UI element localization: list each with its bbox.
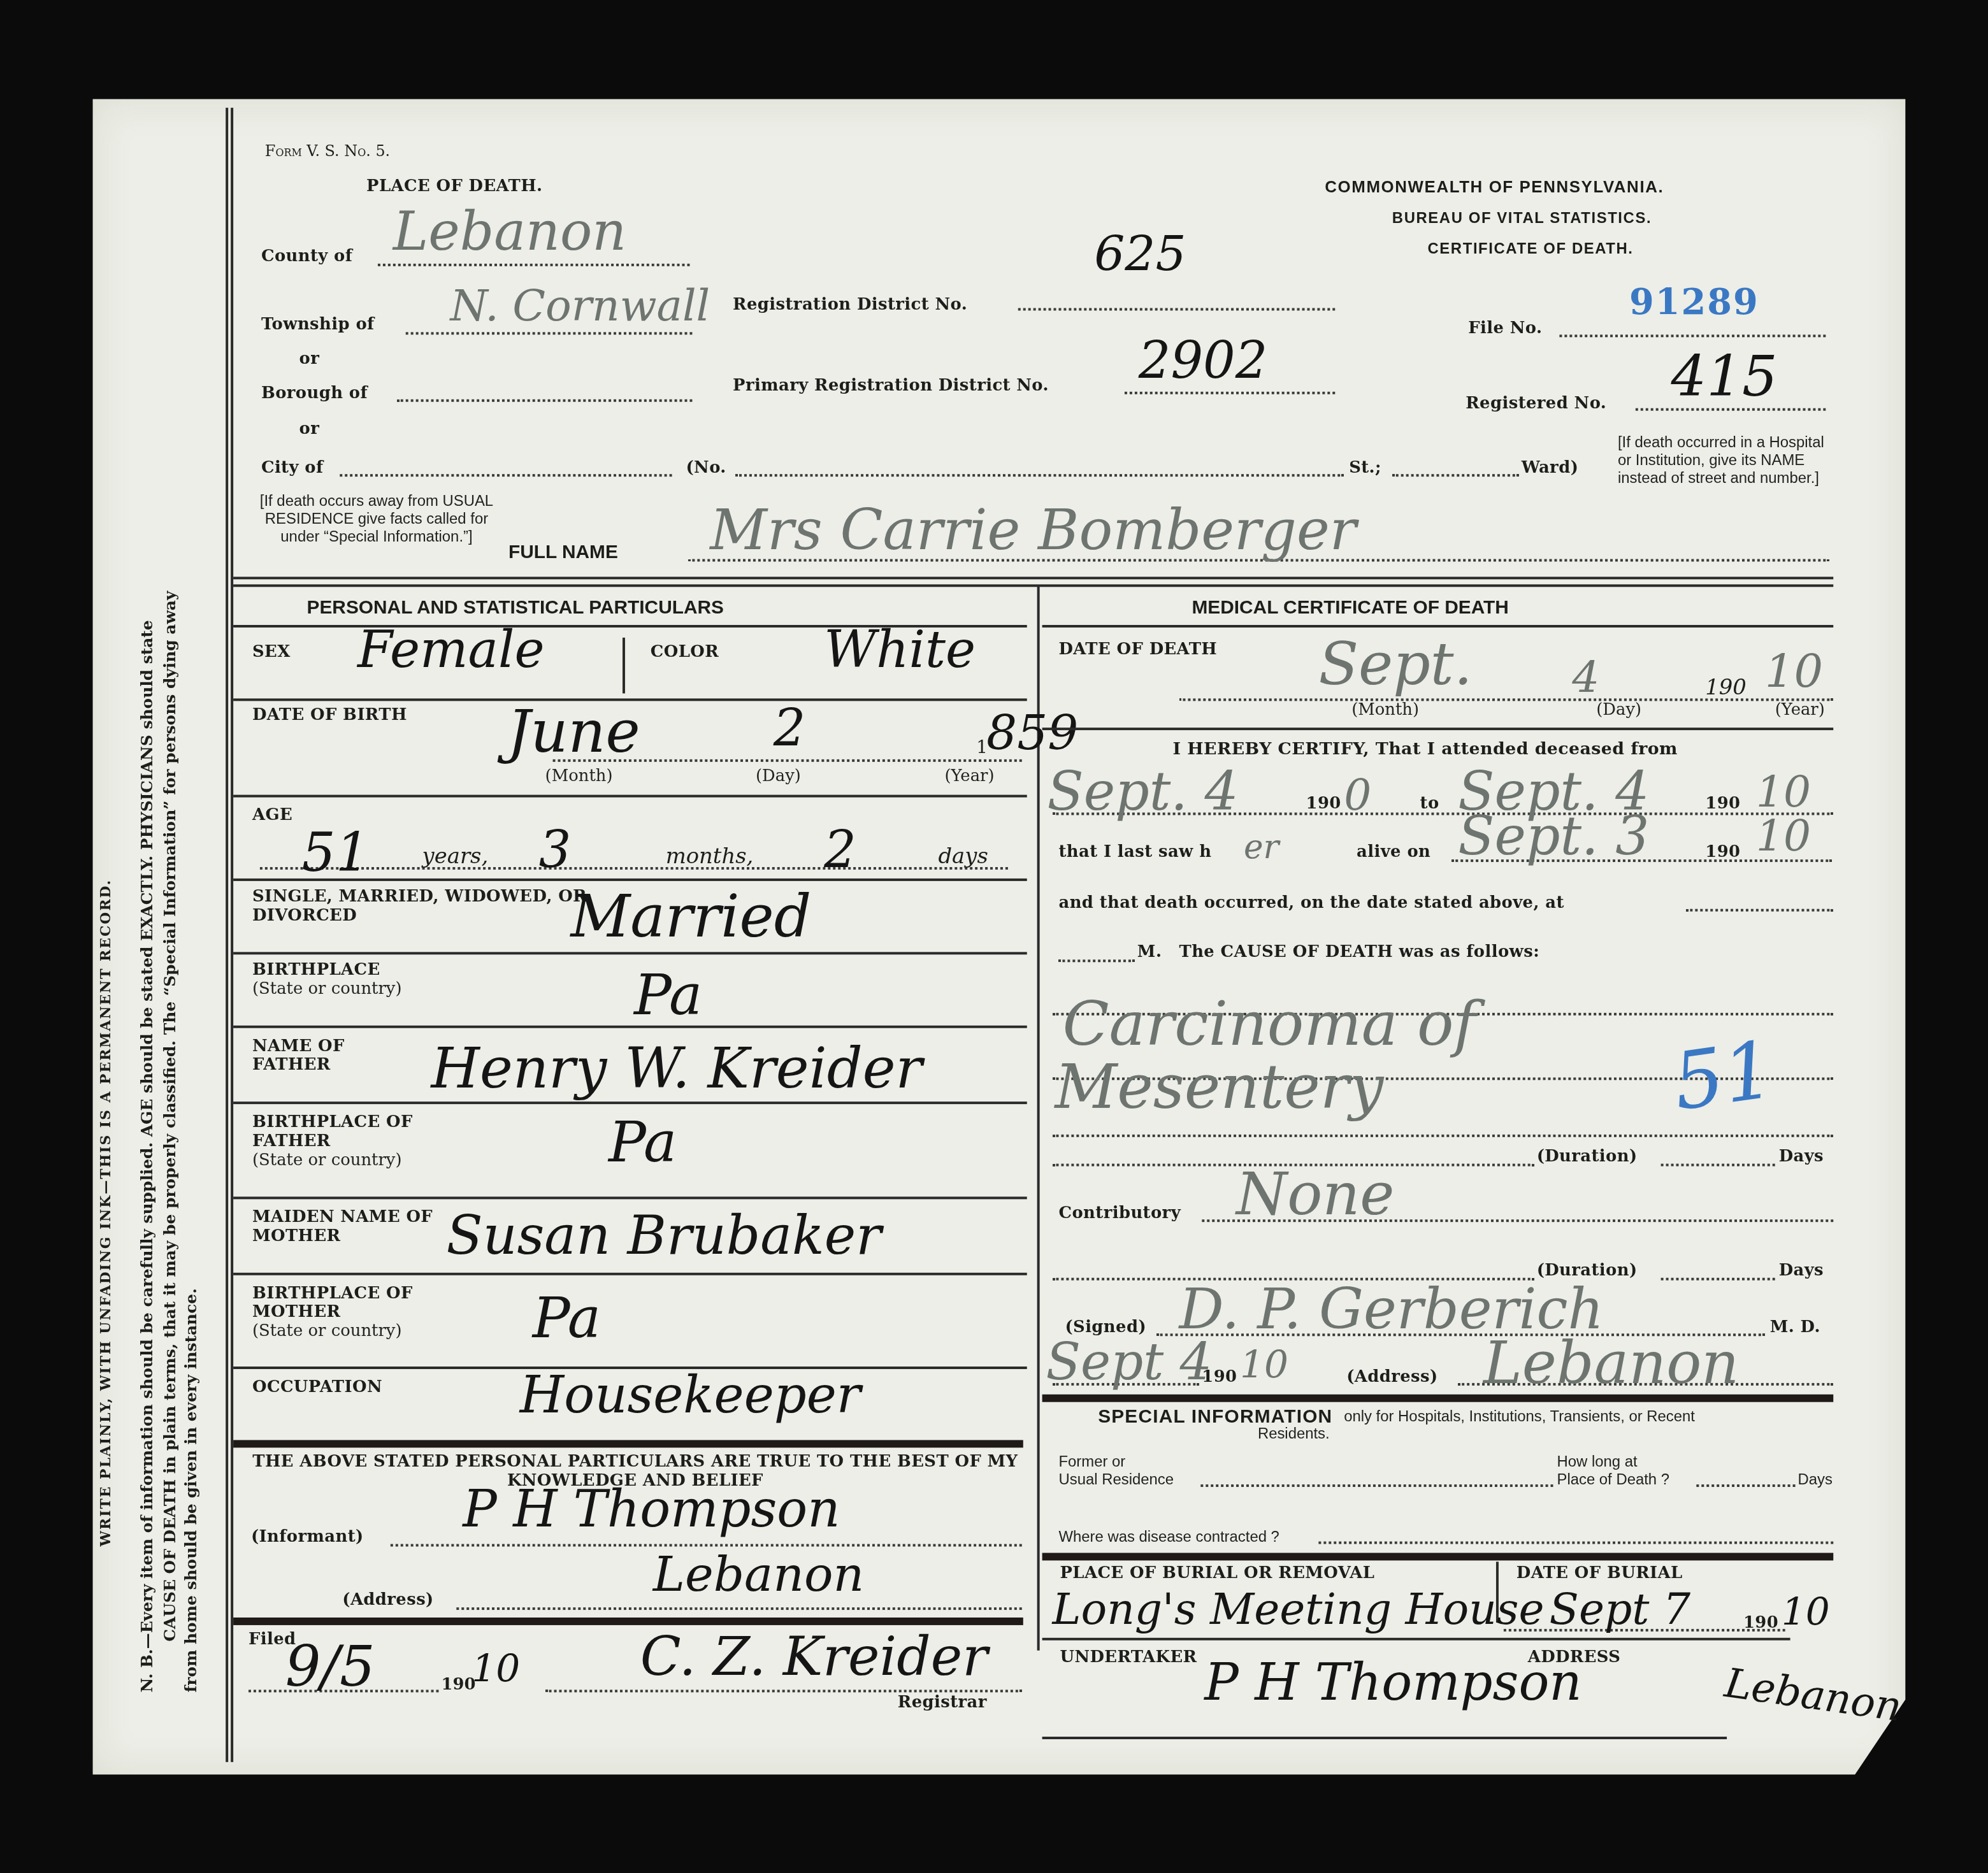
burial-place-label: PLACE OF BURIAL OR REMOVAL: [1060, 1564, 1374, 1583]
file-no-label: File No.: [1468, 319, 1542, 338]
dod-month-caption: (Month): [1351, 701, 1419, 720]
contrib-days-label: Days: [1779, 1261, 1824, 1281]
margin-note-line2: CAUSE OF DEATH in plain terms, that it m…: [160, 591, 179, 1693]
dob-year-field[interactable]: 859: [986, 705, 1078, 761]
how-long-label-2: Place of Death ?: [1557, 1470, 1669, 1488]
row-rule: [233, 1273, 1027, 1275]
dod-month-field[interactable]: Sept.: [1318, 630, 1472, 698]
township-label: Township of: [261, 315, 375, 334]
former-residence-label-1: Former or: [1058, 1453, 1125, 1470]
row-rule: [233, 952, 1027, 954]
dob-label: DATE OF BIRTH: [252, 706, 407, 725]
burial-year-field[interactable]: 10: [1782, 1591, 1830, 1635]
county-label: County of: [261, 247, 352, 266]
st-label: St.;: [1349, 459, 1381, 478]
registrar-signature[interactable]: C. Z. Kreider: [640, 1625, 988, 1688]
where-contracted-field[interactable]: [1318, 1542, 1833, 1544]
row-rule: [233, 1102, 1027, 1103]
thick-rule: [233, 1440, 1023, 1447]
section-rule: [233, 577, 1833, 578]
or-label: or: [299, 420, 320, 439]
age-label: AGE: [252, 807, 292, 826]
year-caption: (Year): [944, 767, 994, 786]
registrar-line: [545, 1690, 1022, 1692]
ward-label: Ward): [1522, 459, 1579, 478]
attended-to-year[interactable]: 10: [1756, 767, 1811, 818]
place-of-death-title: PLACE OF DEATH.: [366, 178, 542, 197]
burial-year-prefix: 190: [1743, 1614, 1778, 1633]
color-field[interactable]: White: [824, 621, 976, 680]
undertaker-field[interactable]: P H Thompson: [1204, 1654, 1581, 1713]
away-note: [If death occurs away from USUAL RESIDEN…: [259, 492, 494, 545]
burial-date-field[interactable]: Sept 7: [1550, 1584, 1690, 1635]
father-birthplace-field[interactable]: Pa: [609, 1110, 677, 1175]
day-caption: (Day): [756, 767, 801, 786]
years-word: years,: [422, 844, 489, 870]
registered-no-value[interactable]: 415: [1671, 345, 1778, 409]
document-stage: WRITE PLAINLY, WITH UNFADING INK—THIS IS…: [0, 0, 1988, 1873]
borough-field[interactable]: [397, 399, 693, 402]
color-label: COLOR: [651, 643, 719, 662]
contributory-label: Contributory: [1058, 1204, 1181, 1223]
sex-color-divider: [623, 638, 624, 694]
dod-day-caption: (Day): [1596, 701, 1641, 720]
borough-label: Borough of: [261, 384, 368, 403]
filed-year-field[interactable]: 10: [472, 1648, 520, 1693]
occurred-text: and that death occurred, on the date sta…: [1058, 894, 1564, 913]
dob-day-field[interactable]: 2: [774, 700, 806, 758]
personal-section-title: PERSONAL AND STATISTICAL PARTICULARS: [307, 597, 724, 619]
mother-name-field[interactable]: Susan Brubaker: [446, 1204, 881, 1267]
informant-address-field[interactable]: Lebanon: [653, 1547, 864, 1603]
margin-note-line1: N. B.—Every item of information should b…: [137, 620, 156, 1692]
undertaker-label: UNDERTAKER: [1060, 1648, 1197, 1667]
row-rule: [1042, 1638, 1790, 1640]
row-rule: [233, 879, 1027, 880]
mother-name-label: MAIDEN NAME OF MOTHER: [252, 1208, 455, 1246]
month-caption: (Month): [545, 767, 613, 786]
to-label: to: [1420, 795, 1439, 814]
signed-year-prefix: 190: [1202, 1368, 1237, 1387]
informant-address-line: [456, 1607, 1021, 1610]
filed-year-prefix: 190: [441, 1676, 475, 1695]
registered-no-label: Registered No.: [1466, 394, 1606, 413]
age-years-field[interactable]: 51: [302, 821, 370, 884]
burial-date-label: DATE OF BURIAL: [1516, 1564, 1683, 1583]
months-word: months,: [666, 844, 754, 870]
dod-year-caption: (Year): [1775, 701, 1825, 720]
cause-line1-field[interactable]: Carcinoma of: [1062, 989, 1476, 1059]
registration-district-label: Registration District No.: [733, 296, 967, 315]
cause-line2-field[interactable]: Mesentery: [1055, 1052, 1384, 1123]
signed-date-field[interactable]: Sept 4: [1046, 1333, 1213, 1392]
duration-days-field[interactable]: [1661, 1164, 1775, 1166]
father-name-field[interactable]: Henry W. Kreider: [431, 1037, 923, 1102]
attended-from-year-prefix: 190: [1306, 795, 1341, 814]
commonwealth-title: COMMONWEALTH OF PENNSYLVANIA.: [1325, 178, 1664, 197]
dod-year-prefix: 190: [1705, 676, 1747, 701]
marital-label: SINGLE, MARRIED, WIDOWED, OR DIVORCED: [252, 887, 607, 926]
special-info-subtitle: only for Hospitals, Institutions, Transi…: [1258, 1407, 1752, 1443]
sex-field[interactable]: Female: [357, 621, 544, 680]
registration-district-line: [1018, 308, 1335, 311]
burial-place-field[interactable]: Long's Meeting House: [1053, 1584, 1545, 1635]
primary-district-label: Primary Registration District No.: [733, 377, 1049, 396]
death-certificate-paper: [92, 99, 1905, 1775]
registration-district-value[interactable]: 625: [1094, 226, 1186, 282]
thick-rule: [233, 1618, 1023, 1625]
father-birthplace-caption: (State or country): [252, 1151, 402, 1170]
row-rule: [233, 795, 1027, 797]
margin-rule: [226, 108, 227, 1762]
occupation-field[interactable]: Housekeeper: [520, 1367, 861, 1425]
file-no-stamp: 91289: [1629, 282, 1759, 324]
md-label: M. D.: [1770, 1318, 1820, 1337]
cause-heading: The CAUSE OF DEATH was as follows:: [1179, 943, 1540, 962]
marital-field[interactable]: Married: [570, 882, 811, 951]
dod-year-field[interactable]: 10: [1765, 647, 1823, 699]
attended-to-year-prefix: 190: [1705, 795, 1740, 814]
mother-birthplace-caption: (State or country): [252, 1322, 402, 1341]
filed-date-field[interactable]: 9/5: [285, 1635, 375, 1700]
thick-rule: [1042, 1395, 1834, 1402]
certify-text: I HEREBY CERTIFY, That I attended deceas…: [1173, 740, 1678, 759]
occurred-time-field[interactable]: [1686, 909, 1833, 912]
classification-mark: 51: [1667, 1023, 1780, 1128]
age-line: [260, 867, 1008, 870]
margin-note-line3: from home should be given in every insta…: [182, 1288, 201, 1692]
registrar-label: Registrar: [898, 1693, 987, 1712]
hospital-note: [If death occurred in a Hospital or Inst…: [1618, 434, 1833, 487]
county-line: [378, 264, 689, 266]
physician-address-field[interactable]: Lebanon: [1483, 1328, 1739, 1396]
row-rule: [1042, 625, 1834, 627]
occupation-label: OCCUPATION: [252, 1378, 382, 1397]
row-rule: [233, 1026, 1027, 1028]
full-name-field[interactable]: Mrs Carrie Bomberger: [710, 498, 1356, 563]
full-name-label: FULL NAME: [508, 542, 618, 563]
informant-address-label: (Address): [342, 1591, 434, 1610]
dod-day-field[interactable]: 4: [1572, 653, 1599, 704]
thick-rule: [1042, 1553, 1834, 1561]
or-label: or: [299, 350, 320, 369]
ward-field[interactable]: [1392, 474, 1519, 477]
attended-from-field[interactable]: Sept. 4: [1048, 761, 1239, 823]
age-months-field[interactable]: 3: [539, 821, 572, 880]
primary-district-value[interactable]: 2902: [1139, 332, 1268, 391]
former-residence-field[interactable]: [1200, 1484, 1553, 1487]
duration-days-label: Days: [1779, 1147, 1824, 1166]
birthplace-label: BIRTHPLACE: [252, 961, 380, 980]
sex-label: SEX: [252, 643, 291, 662]
mother-birthplace-field[interactable]: Pa: [533, 1287, 601, 1351]
where-contracted-label: Where was disease contracted ?: [1058, 1528, 1279, 1546]
contrib-duration-days-field[interactable]: [1661, 1278, 1775, 1281]
how-long-field[interactable]: [1696, 1484, 1795, 1487]
how-long-label-1: How long at: [1557, 1453, 1637, 1470]
row-rule: [1042, 1737, 1727, 1739]
street-no-label: (No.: [686, 459, 726, 478]
last-saw-date-field[interactable]: Sept. 3: [1458, 805, 1649, 868]
township-line: [406, 332, 693, 334]
last-saw-year[interactable]: 10: [1756, 811, 1811, 862]
days-word: days: [938, 844, 988, 870]
birthplace-field[interactable]: Pa: [634, 963, 702, 1028]
birthplace-caption: (State or country): [252, 980, 402, 999]
father-birthplace-label: BIRTHPLACE OF FATHER: [252, 1113, 430, 1151]
city-label: City of: [261, 459, 324, 478]
alive-on-label: alive on: [1357, 843, 1430, 862]
county-field[interactable]: Lebanon: [393, 200, 626, 262]
how-long-days-label: Days: [1798, 1470, 1833, 1488]
file-no-line: [1559, 334, 1826, 337]
bureau-title: BUREAU OF VITAL STATISTICS.: [1392, 209, 1652, 227]
duration-label: (Duration): [1537, 1147, 1638, 1166]
row-rule: [233, 1196, 1027, 1198]
hour-field[interactable]: [1058, 959, 1134, 962]
dod-label: DATE OF DEATH: [1058, 640, 1217, 659]
last-saw-year-prefix: 190: [1705, 843, 1740, 862]
township-field[interactable]: N. Cornwall: [450, 282, 710, 333]
cause-line: [1053, 1135, 1834, 1137]
dob-month-field[interactable]: June: [507, 697, 640, 765]
certificate-title: CERTIFICATE OF DEATH.: [1428, 240, 1634, 257]
form-number: Form V. S. No. 5.: [265, 142, 390, 160]
row-rule: [1042, 728, 1834, 729]
informant-field[interactable]: P H Thompson: [463, 1481, 840, 1539]
contributory-field[interactable]: None: [1236, 1160, 1394, 1228]
section-rule: [233, 584, 1833, 586]
street-field[interactable]: [735, 474, 1344, 477]
attended-from-year[interactable]: 0: [1344, 771, 1371, 822]
mother-birthplace-label: BIRTHPLACE OF MOTHER: [252, 1284, 430, 1323]
cause-prefix: M.: [1137, 943, 1162, 962]
city-field[interactable]: [340, 474, 672, 477]
medical-section-title: MEDICAL CERTIFICATE OF DEATH: [1192, 597, 1508, 619]
edge-note: WRITE PLAINLY, WITH UNFADING INK—THIS IS…: [96, 879, 115, 1547]
informant-label: (Informant): [251, 1528, 364, 1547]
former-residence-label-2: Usual Residence: [1058, 1470, 1174, 1488]
signed-year-field[interactable]: 10: [1240, 1344, 1288, 1388]
margin-rule: [231, 108, 233, 1762]
physician-address-label: (Address): [1346, 1368, 1438, 1387]
last-saw-text: that I last saw h: [1058, 843, 1211, 862]
father-name-label: NAME OF FATHER: [252, 1037, 392, 1075]
age-days-field[interactable]: 2: [824, 821, 856, 880]
last-saw-pronoun[interactable]: er: [1244, 829, 1279, 867]
primary-district-line: [1125, 392, 1335, 394]
